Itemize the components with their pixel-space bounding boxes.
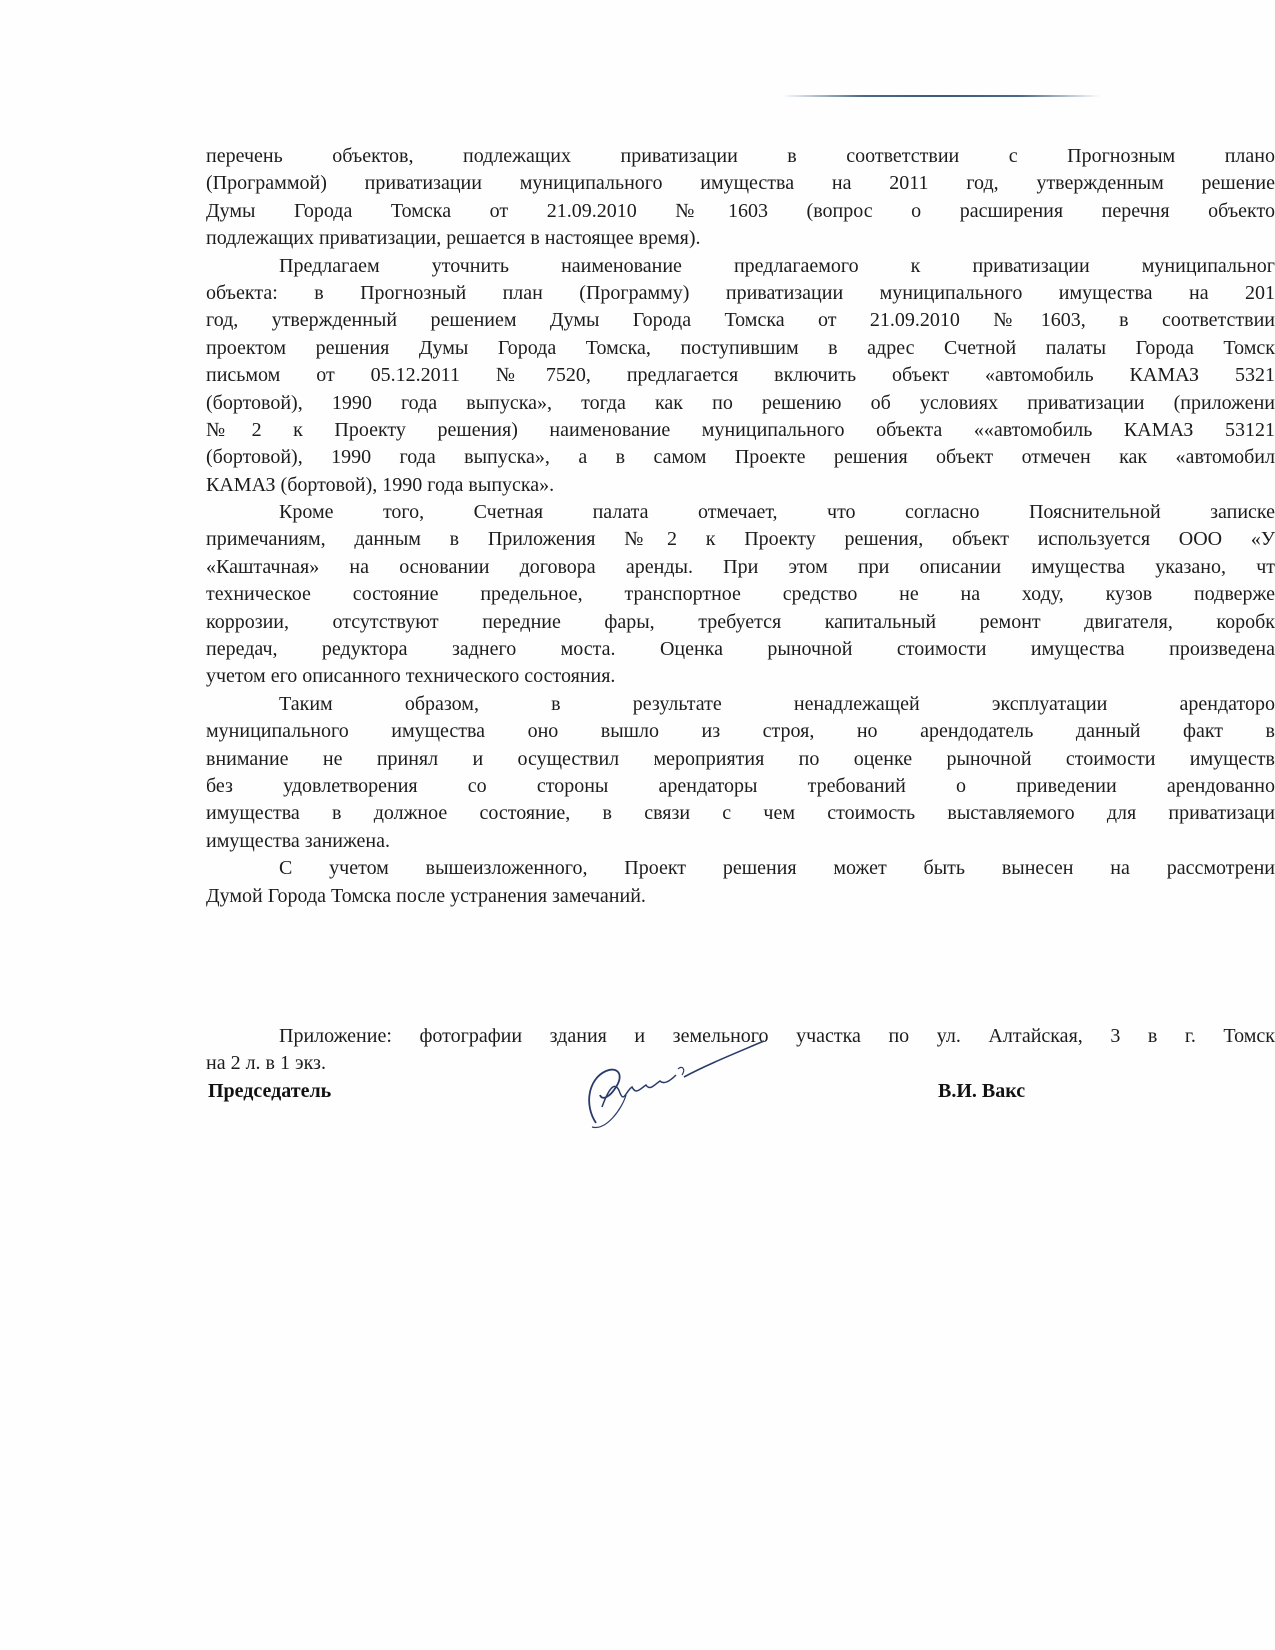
signature-block: Председатель В.И. Вакс xyxy=(206,1080,1206,1160)
text-line: Думой Города Томска после устранения зам… xyxy=(206,883,1275,910)
text-line: С учетом вышеизложенного, Проект решения… xyxy=(206,855,1275,882)
paragraph: С учетом вышеизложенного, Проект решения… xyxy=(206,855,1275,910)
text-line: Предлагаем уточнить наименование предлаг… xyxy=(206,253,1275,280)
text-line: внимание не принял и осуществил мероприя… xyxy=(206,746,1275,773)
text-line: техническое состояние предельное, трансп… xyxy=(206,581,1275,608)
text-line: год, утвержденный решением Думы Города Т… xyxy=(206,307,1275,334)
text-line: Думы Города Томска от 21.09.2010 №1603 (… xyxy=(206,198,1275,225)
text-line: (Программой) приватизации муниципального… xyxy=(206,170,1275,197)
paragraph: Кроме того, Счетная палата отмечает, что… xyxy=(206,499,1275,691)
text-line: перечень объектов, подлежащих приватизац… xyxy=(206,143,1275,170)
text-line: проектом решения Думы Города Томска, пос… xyxy=(206,335,1275,362)
paragraph: Предлагаем уточнить наименование предлаг… xyxy=(206,253,1275,500)
header-rule xyxy=(782,95,1100,97)
text-line: муниципального имущества оно вышло из ст… xyxy=(206,718,1275,745)
text-line: письмом от 05.12.2011 №7520, предлагаетс… xyxy=(206,362,1275,389)
document-page: перечень объектов, подлежащих приватизац… xyxy=(0,0,1275,1650)
text-line: подлежащих приватизации, решается в наст… xyxy=(206,225,1275,252)
text-line: КАМАЗ (бортовой), 1990 года выпуска». xyxy=(206,472,1275,499)
text-line: имущества в должное состояние, в связи с… xyxy=(206,800,1275,827)
text-line: без удовлетворения со стороны арендаторы… xyxy=(206,773,1275,800)
paragraph: перечень объектов, подлежащих приватизац… xyxy=(206,143,1275,253)
text-line: передач, редуктора заднего моста. Оценка… xyxy=(206,636,1275,663)
text-line: «Каштачная» на основании договора аренды… xyxy=(206,554,1275,581)
text-line: примечаниям, данным в Приложения №2 к Пр… xyxy=(206,526,1275,553)
text-line: объекта: в Прогнозный план (Программу) п… xyxy=(206,280,1275,307)
handwritten-signature-icon xyxy=(566,1035,776,1135)
document-body: перечень объектов, подлежащих приватизац… xyxy=(206,143,1275,910)
text-line: коррозии, отсутствуют передние фары, тре… xyxy=(206,609,1275,636)
signatory-name: В.И. Вакс xyxy=(938,1080,1025,1103)
text-line: №2 к Проекту решения) наименование муниц… xyxy=(206,417,1275,444)
text-line: (бортовой), 1990 года выпуска», тогда ка… xyxy=(206,390,1275,417)
signatory-title: Председатель xyxy=(208,1080,331,1103)
text-line: Таким образом, в результате ненадлежащей… xyxy=(206,691,1275,718)
text-line: имущества занижена. xyxy=(206,828,1275,855)
paragraph: Таким образом, в результате ненадлежащей… xyxy=(206,691,1275,855)
text-line: Кроме того, Счетная палата отмечает, что… xyxy=(206,499,1275,526)
text-line: учетом его описанного технического состо… xyxy=(206,663,1275,690)
text-line: (бортовой), 1990 года выпуска», а в само… xyxy=(206,444,1275,471)
